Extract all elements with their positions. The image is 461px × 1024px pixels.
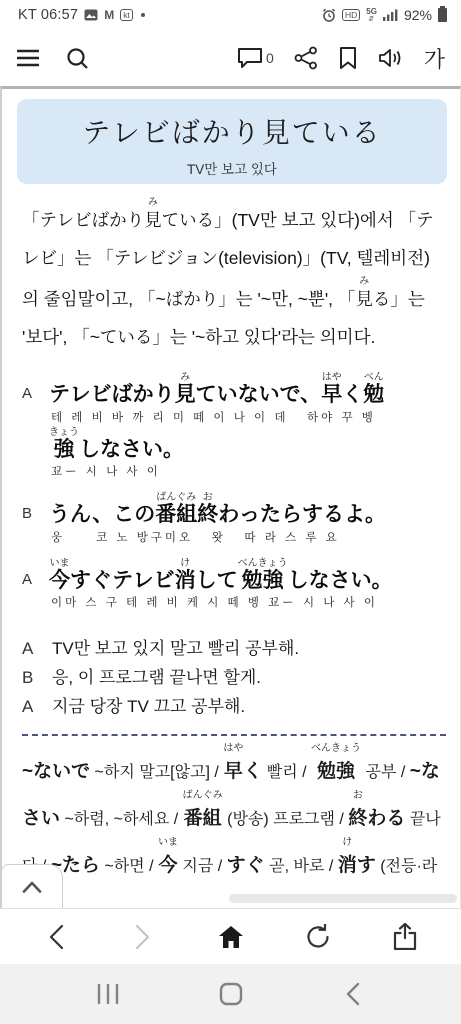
lesson-title: テレビばかり見ている (17, 111, 447, 151)
vocab-meaning: ~하렴, ~하세요 (60, 811, 169, 828)
dashed-divider (22, 734, 446, 736)
text-segment: わる (367, 808, 405, 829)
status-bar: KT 06:57 M kt HD 5G ⇵ 92% (0, 0, 461, 30)
speaker-label: B (22, 490, 49, 545)
lesson-header: テレビばかり見ている TV만 보고 있다 (17, 99, 447, 184)
vocab-separator: / (324, 858, 337, 875)
text-segment: しなさい。 (288, 569, 393, 592)
text-segment: うん、この (49, 503, 155, 526)
text-to-speech-icon[interactable] (378, 47, 404, 69)
vocab-meaning: ~하면 (100, 858, 145, 875)
chevron-up-icon (22, 881, 42, 893)
text-segment: わったらするよ。 (218, 503, 386, 526)
status-right: HD 5G ⇵ 92% (322, 7, 447, 23)
vocab-separator: / (210, 764, 223, 781)
translation-row: A지금 당장 TV 끄고 공부해. (22, 692, 444, 721)
speaker-label: A (22, 692, 52, 721)
furigana-word: け消 (338, 838, 357, 884)
furigana-word: いま今 (49, 559, 70, 593)
translation-text: TV만 보고 있지 말고 빨리 공부해. (52, 634, 299, 663)
comment-count: 0 (266, 50, 274, 66)
android-back-button[interactable] (333, 974, 373, 1014)
scrollbar-thumb (229, 894, 457, 903)
text-segment: す (357, 855, 376, 876)
dialogue-row: Bうん、このばんぐみ番組お終わったらするよ。웅 코 노 방구미오 왓 따 라 스… (22, 490, 444, 545)
font-size-button[interactable]: 가 (424, 43, 445, 74)
furigana-word: はや早 (223, 744, 243, 790)
intro-paragraph: 「テレビばかりみ見ている」(TV만 보고 있다)에서 「テレビ」는 「テレビジョ… (22, 198, 444, 356)
translation-section: ATV만 보고 있지 말고 빨리 공부해.B응, 이 프로그램 끝나면 할게.A… (22, 634, 444, 721)
text-segment: ていないで、 (196, 383, 322, 406)
refresh-button[interactable] (300, 919, 336, 955)
dialogue-section: Aテレビばかりみ見ていないで、はや早くべん勉테 레 비 바 까 리 미 떼 이 … (22, 370, 444, 610)
vocab-separator: / (396, 764, 409, 781)
battery-percent: 92% (404, 7, 432, 23)
pronunciation-line: 이마 스 구 테 레 비 케 시 떼 벵 꾜ー 시 나 사 이 (51, 594, 444, 610)
page-content: テレビばかり見ている TV만 보고 있다 「テレビばかりみ見ている」(TV만 보… (0, 86, 461, 908)
translation-row: ATV만 보고 있지 말고 빨리 공부해. (22, 634, 444, 663)
furigana-word: み見 (175, 373, 196, 407)
vocab-separator: / (145, 858, 158, 875)
android-home-button[interactable] (211, 974, 251, 1014)
phone-screen: KT 06:57 M kt HD 5G ⇵ 92% (0, 0, 461, 1024)
comments-button[interactable]: 0 (237, 47, 274, 69)
text-segment: 「テレビばかり (22, 210, 144, 230)
vocab-meaning: 빨리 (262, 764, 297, 781)
furigana-word: お終 (348, 791, 367, 837)
kt-notification-icon: kt (120, 9, 133, 21)
share-page-button[interactable] (387, 919, 423, 955)
furigana-word: ばんぐみ番組 (155, 493, 197, 527)
furigana-word: べん勉 (363, 373, 384, 407)
furigana-word: お終 (197, 493, 218, 527)
vocab-meaning: ~하지 말고[않고] (90, 764, 210, 781)
text-segment: すぐテレビ (70, 569, 175, 592)
text-segment: テレビばかり (49, 383, 175, 406)
browser-bottom-bar (0, 908, 461, 964)
furigana-word: み見 (355, 277, 373, 311)
share-icon[interactable] (294, 46, 318, 70)
text-segment: く (243, 761, 262, 782)
furigana-word: べんきょう勉強 (238, 559, 288, 593)
scroll-to-top-button[interactable] (1, 864, 63, 908)
furigana-word: いま今 (158, 838, 178, 884)
screenshot-icon (84, 9, 98, 21)
speaker-label: A (22, 556, 49, 611)
hd-icon: HD (342, 9, 360, 21)
text-segment: しなさい。 (79, 438, 184, 461)
back-button[interactable] (38, 919, 74, 955)
vocab-section: ~ないで ~하지 말고[않고] / はや早く 빨리 / べんきょう勉強 공부 /… (22, 744, 446, 908)
speaker-label: A (22, 634, 52, 663)
japanese-line: きょう強しなさい。 (49, 428, 444, 462)
android-nav-bar (0, 964, 461, 1024)
furigana-word: きょう強 (49, 428, 79, 462)
furigana-word: はや早 (321, 373, 342, 407)
dialogue-row: Aテレビばかりみ見ていないで、はや早くべん勉테 레 비 바 까 리 미 떼 이 … (22, 370, 444, 479)
vocab-separator: / (298, 764, 311, 781)
furigana-word: ばんぐみ番組 (183, 791, 223, 837)
vocab-meaning: 공부 (361, 764, 396, 781)
vocab-separator: / (169, 811, 182, 828)
text-segment: く (342, 383, 363, 406)
furigana-word: べんきょう勉強 (311, 744, 361, 790)
search-icon[interactable] (66, 47, 89, 70)
home-button[interactable] (213, 919, 249, 955)
japanese-line: いま今すぐテレビけ消してべんきょう勉強しなさい。 (49, 559, 444, 593)
speaker-label: A (22, 370, 49, 479)
lesson-subtitle: TV만 보고 있다 (17, 158, 447, 178)
gmail-icon: M (104, 8, 114, 22)
menu-icon[interactable] (16, 49, 40, 67)
bookmark-icon[interactable] (338, 46, 358, 70)
forward-button[interactable] (125, 919, 161, 955)
status-left: KT 06:57 M kt (18, 7, 145, 23)
recent-apps-button[interactable] (88, 974, 128, 1014)
vocab-meaning: (방송) 프로그램 (223, 811, 335, 828)
translation-text: 지금 당장 TV 끄고 공부해. (52, 692, 245, 721)
vocab-meaning: 지금 (178, 858, 213, 875)
translation-text: 응, 이 프로그램 끝나면 할게. (52, 663, 261, 692)
pronunciation-line: 테 레 비 바 까 리 미 떼 이 나 이 데 하야 꾸 벵 (51, 409, 444, 425)
more-notifications-icon (141, 13, 145, 17)
5g-network-icon: 5G ⇵ (366, 8, 377, 23)
pronunciation-line: 웅 코 노 방구미오 왓 따 라 스 루 요 (51, 529, 444, 545)
browser-toolbar: 0 가 (0, 30, 461, 86)
furigana-word: み見 (144, 198, 162, 232)
furigana-word: け消 (175, 559, 196, 593)
japanese-line: テレビばかりみ見ていないで、はや早くべん勉 (49, 373, 444, 407)
battery-icon (438, 8, 447, 22)
alarm-icon (322, 8, 336, 22)
text-segment: ~ないで (22, 761, 90, 782)
vocab-meaning: 곧, 바로 (265, 858, 325, 875)
signal-strength-icon (383, 9, 398, 21)
carrier-time: KT 06:57 (18, 7, 78, 23)
text-segment: して (196, 569, 238, 592)
translation-row: B응, 이 프로그램 끝나면 할게. (22, 663, 444, 692)
pronunciation-line: 꾜ー 시 나 사 이 (51, 463, 444, 479)
dialogue-row: Aいま今すぐテレビけ消してべんきょう勉強しなさい。이마 스 구 테 레 비 케 … (22, 556, 444, 611)
vocab-separator: / (213, 858, 226, 875)
speaker-label: B (22, 663, 52, 692)
japanese-line: うん、このばんぐみ番組お終わったらするよ。 (49, 493, 444, 527)
vocab-separator: / (335, 811, 348, 828)
text-segment: すぐ (227, 855, 265, 876)
